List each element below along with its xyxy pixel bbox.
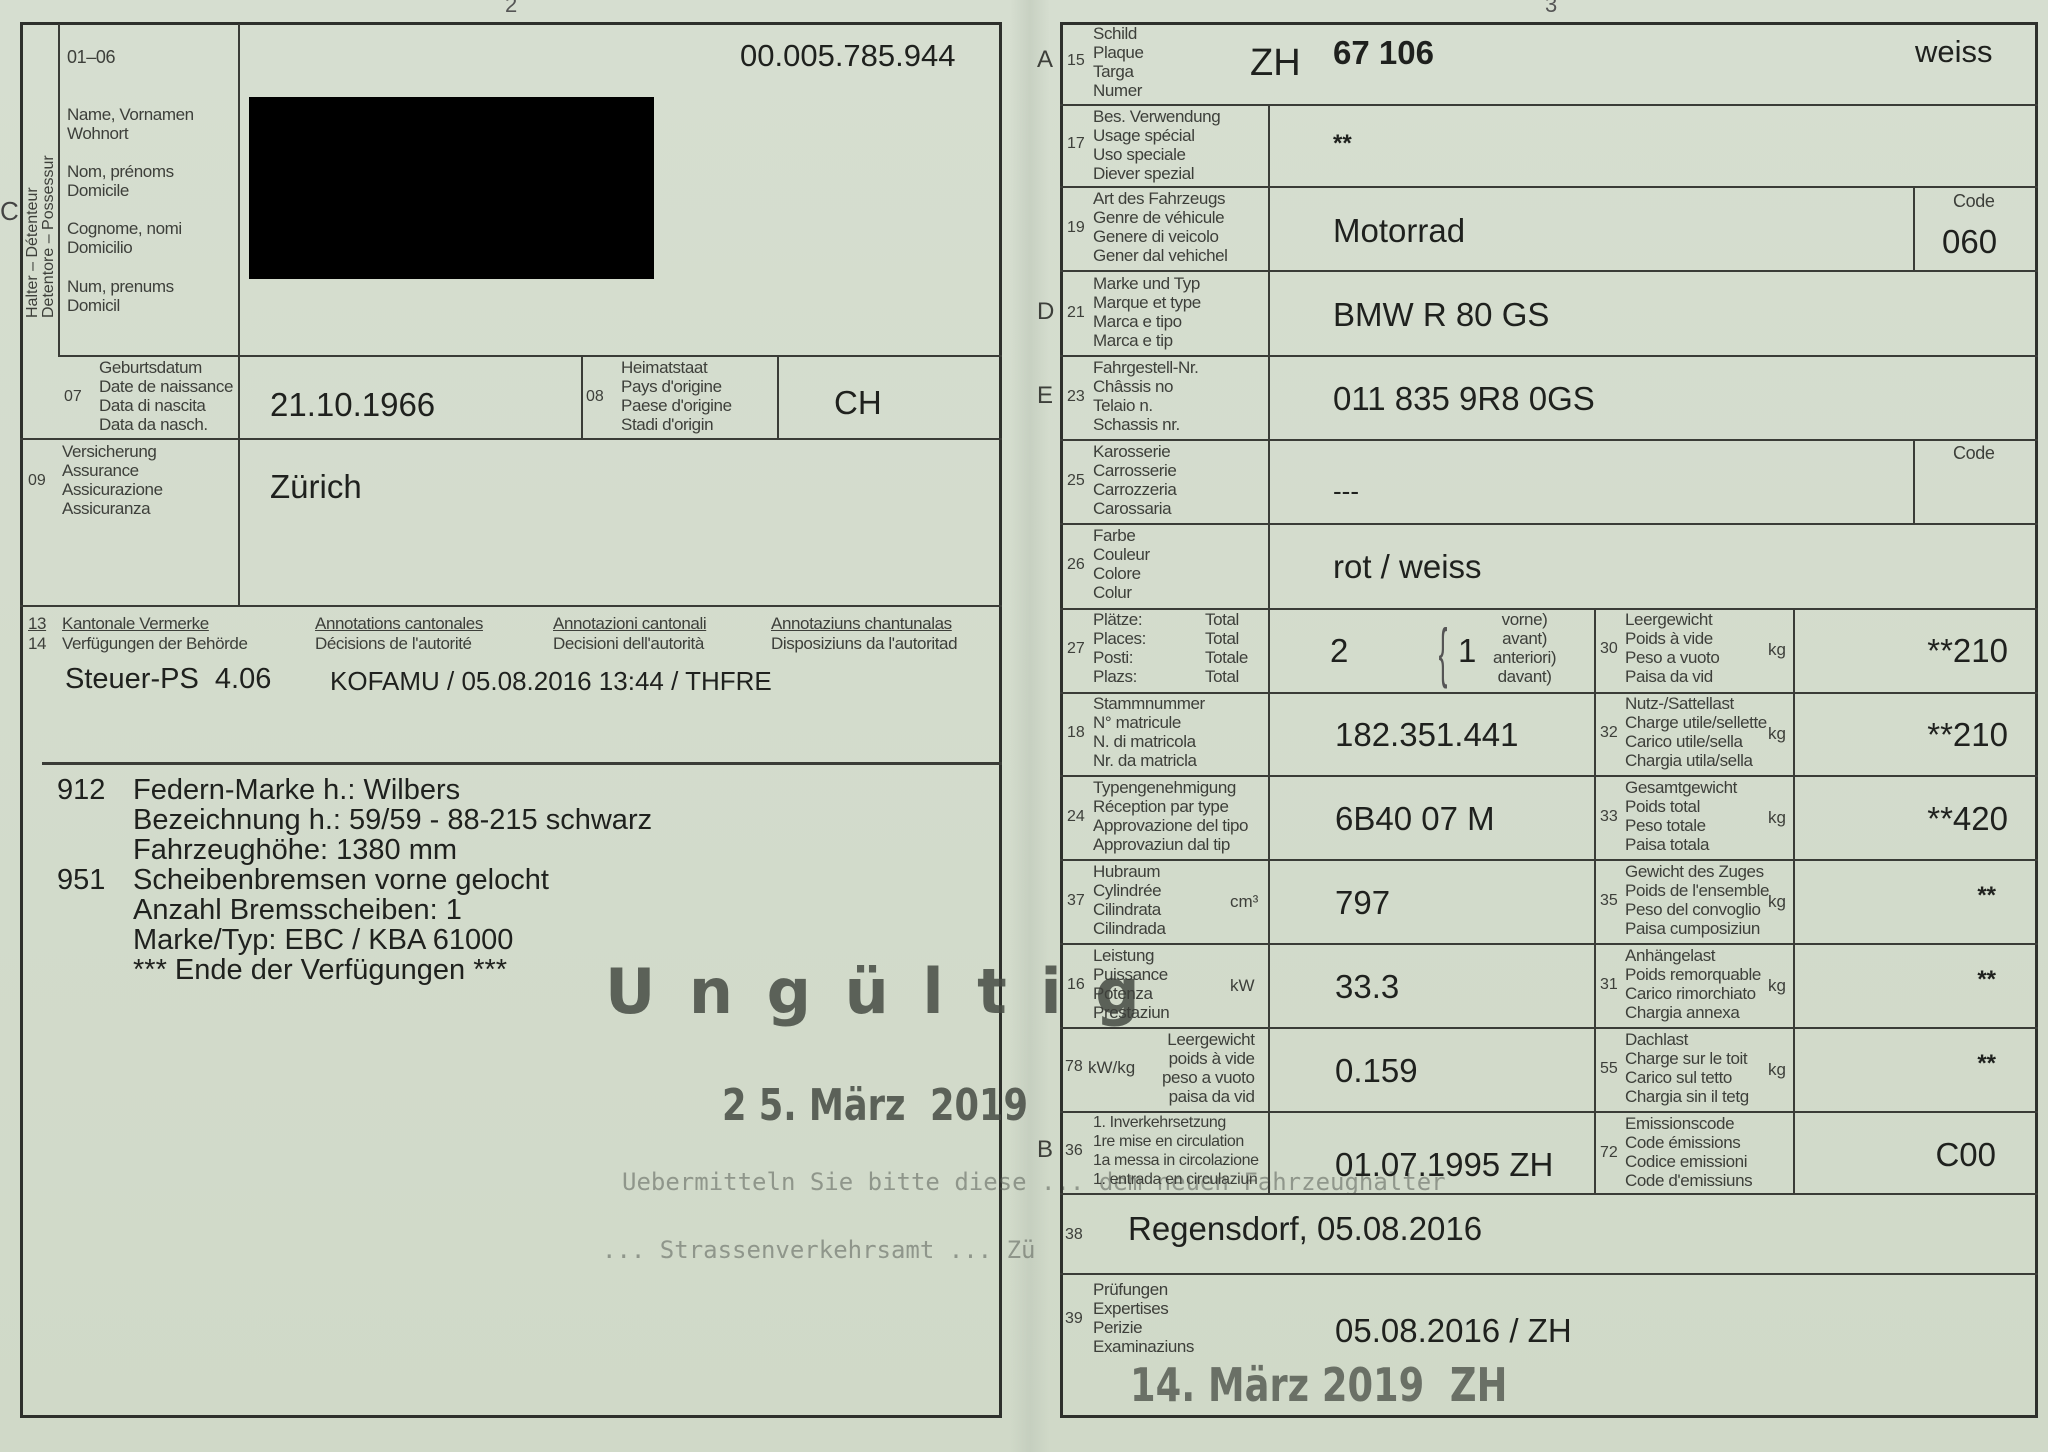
annotation-header-it: Annotazioni cantonali <box>553 614 706 633</box>
invalid-stamp-date: 2 5. März 2019 <box>722 1080 1028 1131</box>
holder-side-label-2: Detentore – Possessur <box>40 155 58 318</box>
origin-field-number: 08 <box>586 388 604 406</box>
place-date-value: Regensdorf, 05.08.2016 <box>1128 1210 1482 1248</box>
page-number-right: 3 <box>1545 0 1557 18</box>
emission-labels: EmissionscodeCode émissionsCodice emissi… <box>1625 1114 1752 1190</box>
entry-912-line-1: Federn-Marke h.: Wilbers <box>133 774 460 807</box>
place-date-field-number: 38 <box>1065 1226 1083 1244</box>
page-number-left: 2 <box>505 0 517 18</box>
origin-value: CH <box>834 384 882 422</box>
margin-letter: C <box>0 196 19 227</box>
seats-front-value: 1 <box>1458 632 1476 670</box>
first-registration-labels: 1. Inverkehrsetzung1re mise en circulati… <box>1093 1113 1259 1189</box>
approval-field-number: 24 <box>1067 808 1085 826</box>
roof-load-unit: kg <box>1768 1060 1786 1080</box>
approval-labels: TypengenehmigungRéception par typeApprov… <box>1093 778 1248 854</box>
body-value: --- <box>1333 476 1359 507</box>
name-label-de: Name, VornamenWohnort <box>67 105 194 143</box>
payload-value: **210 <box>1927 716 2008 754</box>
trailer-load-unit: kg <box>1768 976 1786 996</box>
train-weight-labels: Gewicht des ZugesPoids de l'ensemblePeso… <box>1625 862 1769 938</box>
first-registration-field-number: 36 <box>1065 1142 1083 1160</box>
power-weight-unit: kW/kg <box>1088 1058 1135 1078</box>
make-value: BMW R 80 GS <box>1333 296 1549 334</box>
chassis-side-letter: E <box>1037 382 1053 410</box>
inspections-value: 05.08.2016 / ZH <box>1335 1312 1572 1350</box>
birth-labels: GeburtsdatumDate de naissanceData di nas… <box>99 358 233 434</box>
special-use-labels: Bes. VerwendungUsage spécialUso speciale… <box>1093 107 1220 183</box>
displacement-field-number: 37 <box>1067 892 1085 910</box>
seats-front-labels: vorne)avant)anteriori)davant) <box>1493 610 1556 686</box>
holder-section-number: 01–06 <box>67 48 115 67</box>
body-field-number: 25 <box>1067 472 1085 490</box>
matricule-value: 182.351.441 <box>1335 716 1519 754</box>
power-weight-value: 0.159 <box>1335 1052 1418 1090</box>
first-registration-value: 01.07.1995 ZH <box>1335 1146 1553 1184</box>
roof-load-field-number: 55 <box>1600 1060 1618 1078</box>
decision-header-rm: Disposiziuns da l'autoritad <box>771 634 957 653</box>
emission-field-number: 72 <box>1600 1144 1618 1162</box>
matricule-labels: StammnummerN° matriculeN. di matricolaNr… <box>1093 694 1205 770</box>
displacement-value: 797 <box>1335 884 1390 922</box>
faint-stamp-line-2: ... Strassenverkehrsamt ... Zü <box>602 1236 1035 1264</box>
entry-951-line-2: Anzahl Bremsscheiben: 1 <box>133 894 462 927</box>
exam-stamp: 14. März 2019 ZH <box>1130 1358 1507 1412</box>
audit-line: KOFAMU / 05.08.2016 13:44 / THFRE <box>330 666 772 697</box>
vehicle-type-value: Motorrad <box>1333 212 1465 250</box>
power-weight-field-number: 78 <box>1065 1058 1083 1076</box>
power-field-number: 16 <box>1067 976 1085 994</box>
entry-912-line-3: Fahrzeughöhe: 1380 mm <box>133 834 457 867</box>
entry-951-line-4: *** Ende der Verfügungen *** <box>133 954 507 987</box>
train-weight-unit: kg <box>1768 892 1786 912</box>
entry-951-line-1: Scheibenbremsen vorne gelocht <box>133 864 549 897</box>
first-registration-side-letter: B <box>1037 1136 1053 1164</box>
body-code-label: Code <box>1953 444 1994 463</box>
plate-color-value: weiss <box>1915 34 1993 70</box>
color-labels: FarbeCouleurColoreColur <box>1093 526 1150 602</box>
vehicle-type-code: 060 <box>1942 223 1997 261</box>
seats-total-labels: TotalTotalTotaleTotal <box>1205 610 1248 686</box>
train-weight-field-number: 35 <box>1600 892 1618 910</box>
chassis-labels: Fahrgestell-Nr.Châssis noTelaio n.Schass… <box>1093 358 1198 434</box>
entry-951-code: 951 <box>57 864 105 897</box>
birth-field-number: 07 <box>64 388 82 406</box>
power-unit: kW <box>1230 976 1255 996</box>
power-labels: LeistungPuissancePotenzaPrestaziun <box>1093 946 1169 1022</box>
total-weight-labels: GesamtgewichtPoids totalPeso totalePaisa… <box>1625 778 1737 854</box>
seats-field-number: 27 <box>1067 640 1085 658</box>
chassis-value: 011 835 9R8 0GS <box>1333 380 1595 418</box>
annotation-header-rm: Annotaziuns chantunalas <box>771 614 952 633</box>
name-label-it: Cognome, nomiDomicilio <box>67 219 182 257</box>
decision-header-fr: Décisions de l'autorité <box>315 634 472 653</box>
vehicle-type-labels: Art des FahrzeugsGenre de véhiculeGenere… <box>1093 189 1228 265</box>
matricule-field-number: 18 <box>1067 724 1085 742</box>
plate-number-value: 67 106 <box>1333 34 1434 72</box>
total-weight-field-number: 33 <box>1600 808 1618 826</box>
entry-912-line-2: Bezeichnung h.: 59/59 - 88-215 schwarz <box>133 804 652 837</box>
power-weight-labels: Leergewichtpoids à videpeso a vuotopaisa… <box>1162 1030 1255 1106</box>
empty-weight-labels: LeergewichtPoids à videPeso a vuotoPaisa… <box>1625 610 1719 686</box>
roof-load-labels: DachlastCharge sur le toitCarico sul tet… <box>1625 1030 1749 1106</box>
body-labels: KarosserieCarrosserieCarrozzeriaCarossar… <box>1093 442 1176 518</box>
plate-field-number: 15 <box>1067 52 1085 70</box>
power-value: 33.3 <box>1335 968 1399 1006</box>
vehicle-type-code-label: Code <box>1953 192 1994 211</box>
empty-weight-field-number: 30 <box>1600 640 1618 658</box>
decision-header-it: Decisioni dell'autorità <box>553 634 704 653</box>
name-label-fr: Nom, prénomsDomicile <box>67 162 174 200</box>
name-label-rm: Num, prenumsDomicil <box>67 277 174 315</box>
birth-date-value: 21.10.1966 <box>270 386 435 424</box>
special-use-value: ** <box>1333 130 1352 158</box>
displacement-labels: HubraumCylindréeCilindrataCilindrada <box>1093 862 1166 938</box>
special-use-field-number: 17 <box>1067 135 1085 153</box>
payload-unit: kg <box>1768 724 1786 744</box>
insurance-field-number: 09 <box>28 472 46 490</box>
insurance-value: Zürich <box>270 468 362 506</box>
annotation-14-number: 14 <box>28 634 46 653</box>
plate-canton: ZH <box>1250 42 1301 85</box>
total-weight-unit: kg <box>1768 808 1786 828</box>
redacted-holder-name <box>249 97 654 279</box>
payload-labels: Nutz-/SattellastCharge utile/selletteCar… <box>1625 694 1767 770</box>
roof-load-value: ** <box>1977 1050 1996 1078</box>
plate-side-letter: A <box>1037 46 1053 74</box>
color-value: rot / weiss <box>1333 548 1482 586</box>
inspections-field-number: 39 <box>1065 1310 1083 1328</box>
annotation-header-fr: Annotations cantonales <box>315 614 483 633</box>
empty-weight-unit: kg <box>1768 640 1786 660</box>
trailer-load-labels: AnhängelastPoids remorquableCarico rimor… <box>1625 946 1761 1022</box>
train-weight-value: ** <box>1977 882 1996 910</box>
annotation-13-number: 13 <box>28 614 46 633</box>
insurance-labels: VersicherungAssuranceAssicurazioneAssicu… <box>62 442 163 518</box>
decision-header-de: Verfügungen der Behörde <box>62 634 248 653</box>
document-number: 00.005.785.944 <box>740 38 956 74</box>
payload-field-number: 32 <box>1600 724 1618 742</box>
trailer-load-field-number: 31 <box>1600 976 1618 994</box>
tax-hp-line: Steuer-PS 4.06 <box>65 663 271 696</box>
make-labels: Marke und TypMarque et typeMarca e tipoM… <box>1093 274 1201 350</box>
seats-total-value: 2 <box>1330 632 1348 670</box>
make-side-letter: D <box>1037 298 1054 326</box>
displacement-unit: cm³ <box>1230 892 1258 912</box>
make-field-number: 21 <box>1067 304 1085 322</box>
color-field-number: 26 <box>1067 556 1085 574</box>
total-weight-value: **420 <box>1927 800 2008 838</box>
plate-labels: SchildPlaqueTargaNumer <box>1093 24 1144 100</box>
entry-951-line-3: Marke/Typ: EBC / KBA 61000 <box>133 924 513 957</box>
chassis-field-number: 23 <box>1067 388 1085 406</box>
seats-labels: Plätze:Places:Posti:Plazs: <box>1093 610 1146 686</box>
entry-912-code: 912 <box>57 774 105 807</box>
inspections-labels: PrüfungenExpertisesPerizieExaminaziuns <box>1093 1280 1194 1356</box>
origin-labels: HeimatstaatPays d'originePaese d'origine… <box>621 358 732 434</box>
annotation-header-de: Kantonale Vermerke <box>62 614 209 633</box>
brace-icon: { <box>1439 614 1448 690</box>
emission-value: C00 <box>1935 1136 1996 1174</box>
vehicle-type-field-number: 19 <box>1067 219 1085 237</box>
approval-value: 6B40 07 M <box>1335 800 1495 838</box>
empty-weight-value: **210 <box>1927 632 2008 670</box>
trailer-load-value: ** <box>1977 966 1996 994</box>
